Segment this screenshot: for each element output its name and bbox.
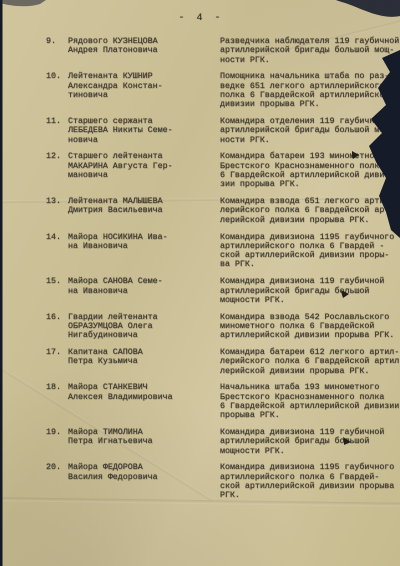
text-line: зии прорыва РГК. (220, 180, 396, 189)
entry-name: Майора ТИМОЛИНАПетра Игнатьевича (68, 428, 220, 447)
text-line: Брестского Краснознаменного полка (220, 393, 399, 402)
entry-position: Командира дивизиона 1195 гаубичногоартил… (220, 463, 396, 500)
entry-position: Начальника штаба 193 минометногоБрестско… (220, 383, 399, 420)
text-line: РГК. (220, 491, 396, 500)
text-line: Командира взвода 542 Рославльского (220, 313, 396, 322)
text-line: артиллерийской бригады большой мощ- (220, 126, 396, 135)
text-line: Рядового КУЗНЕЦОВА (68, 37, 220, 46)
list-item: 18. Майора СТАНКЕВИЧАлексея Владимирович… (46, 383, 396, 420)
text-line: минометного полка 6 Гвардейской (220, 322, 396, 331)
text-line: Дмитрия Васильевича (68, 206, 220, 215)
entry-number: 18. (46, 383, 68, 392)
entry-position: Командира батареи 193 минометногоБрестск… (220, 152, 396, 189)
entry-position: Помощника начальника штаба по раз-ведке … (220, 72, 396, 109)
text-line: Гвардии лейтенанта (68, 313, 220, 322)
text-line: Майора САНОВА Семе- (68, 277, 220, 286)
text-line: Александра Констан- (68, 82, 220, 91)
text-line: Старшего сержанта (68, 117, 220, 126)
text-line: на Ивановича (68, 287, 220, 296)
text-line: лерийской дивизии прорыва РГК. (220, 367, 400, 376)
text-line: лерийского полка 6 Гвардейской артил- (220, 357, 400, 366)
entry-number: 19. (46, 428, 68, 437)
entry-name: Майора НОСИКИНА Ива-на Ивановича (68, 233, 220, 252)
list-item: 10. Лейтенанта КУШНИРАлександра Констан-… (46, 72, 396, 109)
list-item: 20. Майора ФЕДОРОВАВасилия Федоровича Ко… (46, 463, 396, 500)
entry-name: Лейтенанта КУШНИРАлександра Констан-тино… (68, 72, 220, 100)
text-line: на Ивановича (68, 242, 220, 251)
text-line: Старшего лейтенанта (68, 152, 220, 161)
entry-position: Командира дивизиона 1195 гаубичногоартил… (220, 233, 396, 270)
entry-name: Старшего сержантаЛЕБЕДЕВА Никиты Семе-но… (68, 117, 220, 145)
text-line: ведке 651 легкого артиллерийского (220, 82, 396, 91)
text-line: Командира дивизиона 119 гаубичной (220, 428, 396, 437)
text-line: Майора ФЕДОРОВА (68, 463, 220, 472)
text-line: тиновича (68, 91, 220, 100)
text-line: новича (68, 136, 220, 145)
entry-position: Командира взвода 651 легкого артил-лерий… (220, 197, 400, 225)
text-line: лерийского полка 6 Гвардейской артил- (220, 206, 400, 215)
entry-number: 9. (46, 37, 68, 46)
text-line: Алексея Владимировича (68, 393, 220, 402)
list-item: 17. Капитана САПОВАПетра Кузьмича Команд… (46, 348, 396, 376)
text-line: Командира дивизиона 119 гаубичной (220, 277, 396, 286)
text-line: артиллерийского полка 6 Гвардей- (220, 473, 396, 482)
text-line: артиллерийского полка 6 Гвардей - (220, 242, 396, 251)
entry-position: Разведчика наблюдателя 119 гаубичнойарти… (220, 37, 399, 65)
text-line: Разведчика наблюдателя 119 гаубичной (220, 37, 399, 46)
text-line: артиллерийской дивизии прорыва РГК. (220, 331, 396, 340)
entry-number: 10. (46, 72, 68, 81)
text-line: Командира дивизиона 1195 гаубичного (220, 233, 396, 242)
entry-name: Майора СТАНКЕВИЧАлексея Владимировича (68, 383, 220, 402)
entry-number: 11. (46, 117, 68, 126)
entry-name: Капитана САПОВАПетра Кузьмича (68, 348, 220, 367)
text-line: мановича (68, 171, 220, 180)
entry-name: Майора САНОВА Семе-на Ивановича (68, 277, 220, 296)
entry-name: Гвардии лейтенантаОБРАЗУМЦОВА ОлегаНигаб… (68, 313, 220, 341)
text-line: 6 Гвардейской артиллерийской дивизии (220, 402, 399, 411)
award-list: 9. Рядового КУЗНЕЦОВААндрея Платоновича … (46, 37, 396, 501)
text-line: ЛЕБЕДЕВА Никиты Семе- (68, 126, 220, 135)
text-line: Командира батареи 193 минометного (220, 152, 396, 161)
entry-name: Лейтенанта МАЛЫШЕВАДмитрия Васильевича (68, 197, 220, 216)
entry-position: Командира дивизиона 119 гаубичнойартилле… (220, 428, 396, 456)
text-line: артиллерийской бригады большой мощ- (220, 46, 399, 55)
list-item: 15. Майора САНОВА Семе-на Ивановича Кома… (46, 277, 396, 305)
text-line: ности РГК. (220, 56, 399, 65)
text-line: полка 6 Гвардейской артиллерийской (220, 91, 396, 100)
text-line: Василия Федоровича (68, 473, 220, 482)
text-line: артиллерийской бригады большой (220, 437, 396, 446)
list-item: 9. Рядового КУЗНЕЦОВААндрея Платоновича … (46, 37, 396, 65)
text-line: дивизии прорыва РГК. (220, 100, 396, 109)
text-line: прорыва РГК. (220, 411, 399, 420)
list-item: 12. Старшего лейтенантаМАКАРИНА Августа … (46, 152, 396, 189)
text-line: ности РГК. (220, 136, 396, 145)
page-number: - 4 - (2, 13, 400, 24)
entry-number: 12. (46, 152, 68, 161)
list-item: 11. Старшего сержантаЛЕБЕДЕВА Никиты Сем… (46, 117, 396, 145)
entry-position: Командира дивизиона 119 гаубичнойартилле… (220, 277, 396, 305)
entry-number: 14. (46, 233, 68, 242)
text-line: Командира отделения 119 гаубичной (220, 117, 396, 126)
list-item: 14. Майора НОСИКИНА Ива-на Ивановича Ком… (46, 233, 396, 270)
text-line: ОБРАЗУМЦОВА Олега (68, 322, 220, 331)
text-line: Командира батареи 612 легкого артил- (220, 348, 400, 357)
text-line: Командира дивизиона 1195 гаубичного (220, 463, 396, 472)
text-line: Петра Игнатьевича (68, 437, 220, 446)
entry-number: 20. (46, 463, 68, 472)
entry-name: Майора ФЕДОРОВАВасилия Федоровича (68, 463, 220, 482)
text-line: 6 Гвардейской артиллерийской диви- (220, 171, 396, 180)
text-line: ва РГК. (220, 260, 396, 269)
text-line: Петра Кузьмича (68, 357, 220, 366)
text-line: Майора ТИМОЛИНА (68, 428, 220, 437)
text-line: артиллерийской бригады большой (220, 287, 396, 296)
text-line: Майора НОСИКИНА Ива- (68, 233, 220, 242)
entry-name: Старшего лейтенантаМАКАРИНА Августа Гер-… (68, 152, 220, 180)
text-line: Нигабудиновича (68, 331, 220, 340)
text-line: Начальника штаба 193 минометного (220, 383, 399, 392)
list-item: 13. Лейтенанта МАЛЫШЕВАДмитрия Васильеви… (46, 197, 396, 225)
text-line: ской артиллерийской дивизии прорыва (220, 482, 396, 491)
text-line: Лейтенанта КУШНИР (68, 72, 220, 81)
text-line: лерийской дивизии прорыва РГК. (220, 216, 400, 225)
entry-number: 13. (46, 197, 68, 206)
entry-name: Рядового КУЗНЕЦОВААндрея Платоновича (68, 37, 220, 56)
text-line: Помощника начальника штаба по раз- (220, 72, 396, 81)
text-line: мощности РГК. (220, 296, 396, 305)
text-line: Брестского Краснознаменного полка (220, 162, 396, 171)
entry-position: Командира батареи 612 легкого артил-лери… (220, 348, 400, 376)
entry-position: Командира отделения 119 гаубичнойартилле… (220, 117, 396, 145)
entry-number: 15. (46, 277, 68, 286)
document-page: - 4 - 9. Рядового КУЗНЕЦОВААндрея Платон… (2, 0, 400, 566)
text-line: Майора СТАНКЕВИЧ (68, 383, 220, 392)
text-line: мощности РГК. (220, 447, 396, 456)
list-item: 16. Гвардии лейтенантаОБРАЗУМЦОВА ОлегаН… (46, 313, 396, 341)
text-line: Андрея Платоновича (68, 46, 220, 55)
list-item: 19. Майора ТИМОЛИНАПетра Игнатьевича Ком… (46, 428, 396, 456)
text-line: МАКАРИНА Августа Гер- (68, 162, 220, 171)
entry-number: 16. (46, 313, 68, 322)
entry-number: 17. (46, 348, 68, 357)
text-line: Капитана САПОВА (68, 348, 220, 357)
entry-position: Командира взвода 542 Рославльскогоминоме… (220, 313, 396, 341)
